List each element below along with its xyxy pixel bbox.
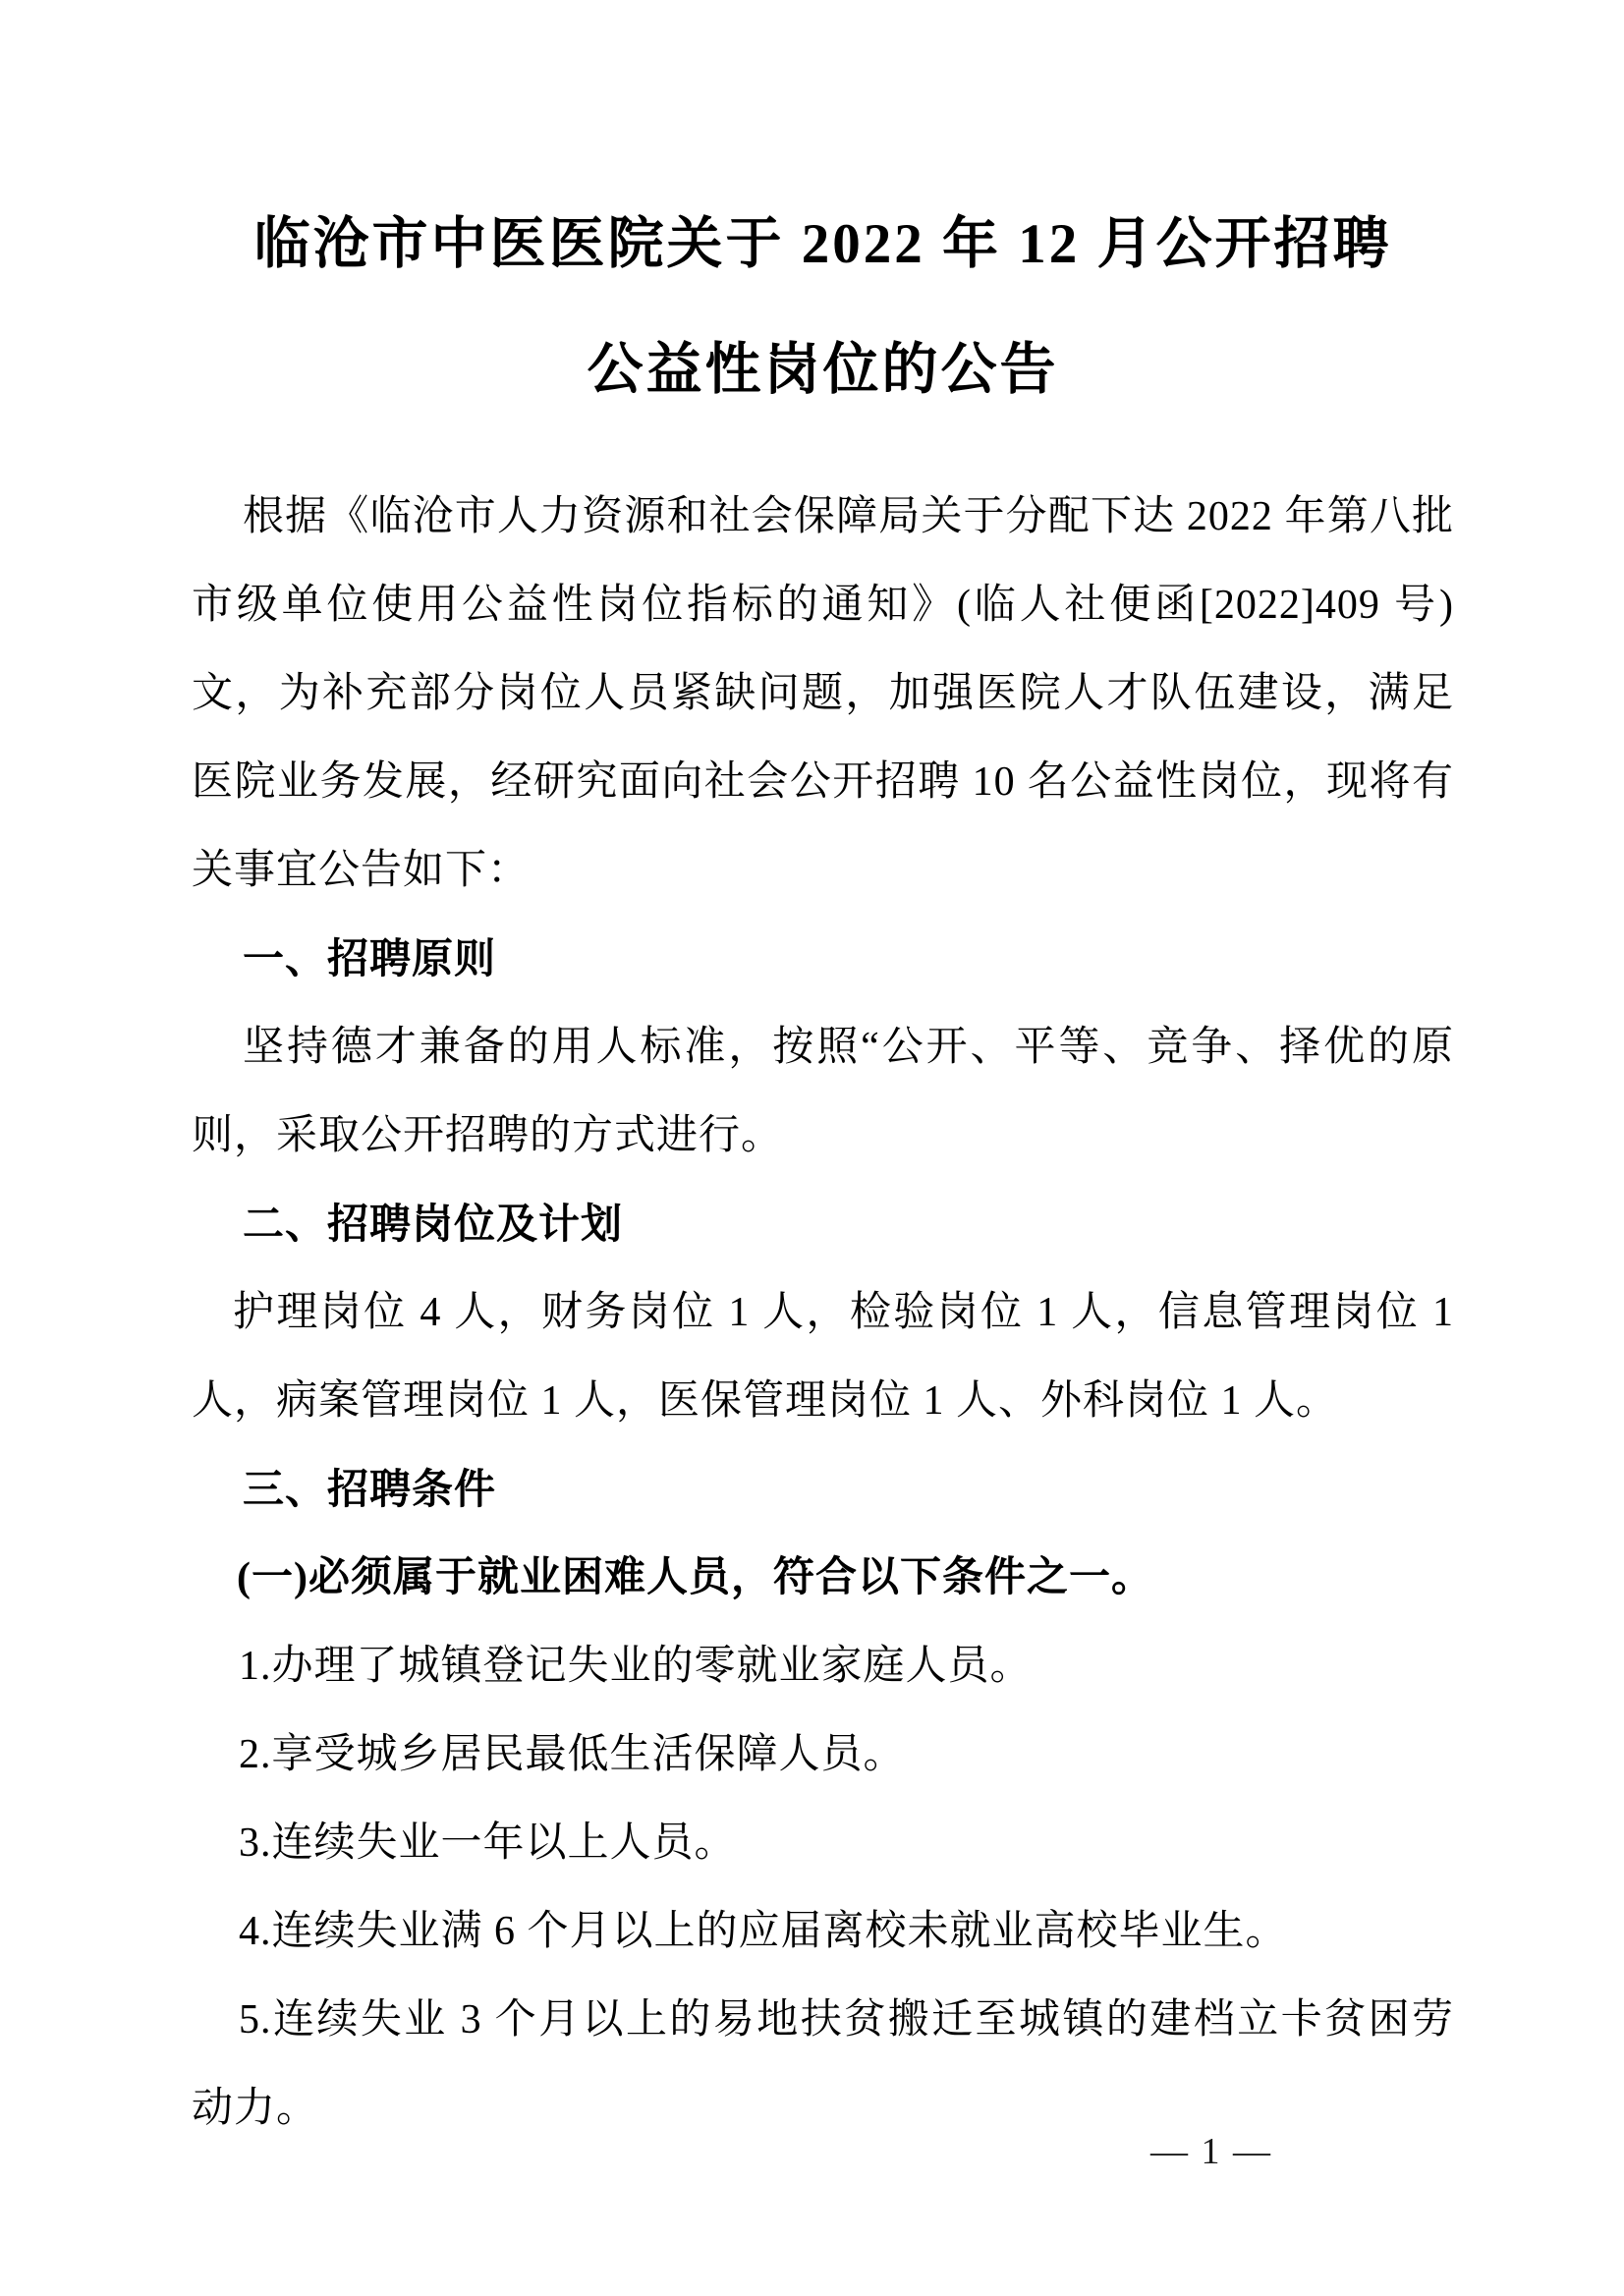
document-title: 临沧市中医医院关于 2022 年 12 月公开招聘 公益性岗位的公告 [192, 182, 1454, 433]
intro-paragraph: 根据《临沧市人力资源和社会保障局关于分配下达 2022 年第八批市级单位使用公益… [192, 473, 1454, 915]
section-1-heading: 一、招聘原则 [192, 915, 1454, 1003]
title-line-2: 公益性岗位的公告 [192, 308, 1454, 433]
section-2-heading: 二、招聘岗位及计划 [192, 1180, 1454, 1268]
document-page: 临沧市中医医院关于 2022 年 12 月公开招聘 公益性岗位的公告 根据《临沧… [0, 0, 1624, 2296]
section-3-subheading: (一)必须属于就业困难人员，符合以下条件之一。 [192, 1534, 1454, 1622]
section-1-paragraph: 坚持德才兼备的用人标准，按照“公开、平等、竞争、择优的原则，采取公开招聘的方式进… [192, 1003, 1454, 1180]
page-number: — 1 — [1150, 2130, 1272, 2173]
title-line-1: 临沧市中医医院关于 2022 年 12 月公开招聘 [192, 182, 1454, 308]
condition-item-4: 4.连续失业满 6 个月以上的应届离校未就业高校毕业生。 [192, 1887, 1454, 1976]
document-body: 根据《临沧市人力资源和社会保障局关于分配下达 2022 年第八批市级单位使用公益… [192, 473, 1454, 2153]
condition-item-1: 1.办理了城镇登记失业的零就业家庭人员。 [192, 1622, 1454, 1710]
condition-item-2: 2.享受城乡居民最低生活保障人员。 [192, 1710, 1454, 1799]
section-2-paragraph: 护理岗位 4 人，财务岗位 1 人，检验岗位 1 人，信息管理岗位 1 人，病案… [192, 1268, 1454, 1445]
condition-item-3: 3.连续失业一年以上人员。 [192, 1799, 1454, 1887]
condition-item-5: 5.连续失业 3 个月以上的易地扶贫搬迁至城镇的建档立卡贫困劳动力。 [192, 1976, 1454, 2153]
section-3-heading: 三、招聘条件 [192, 1445, 1454, 1534]
